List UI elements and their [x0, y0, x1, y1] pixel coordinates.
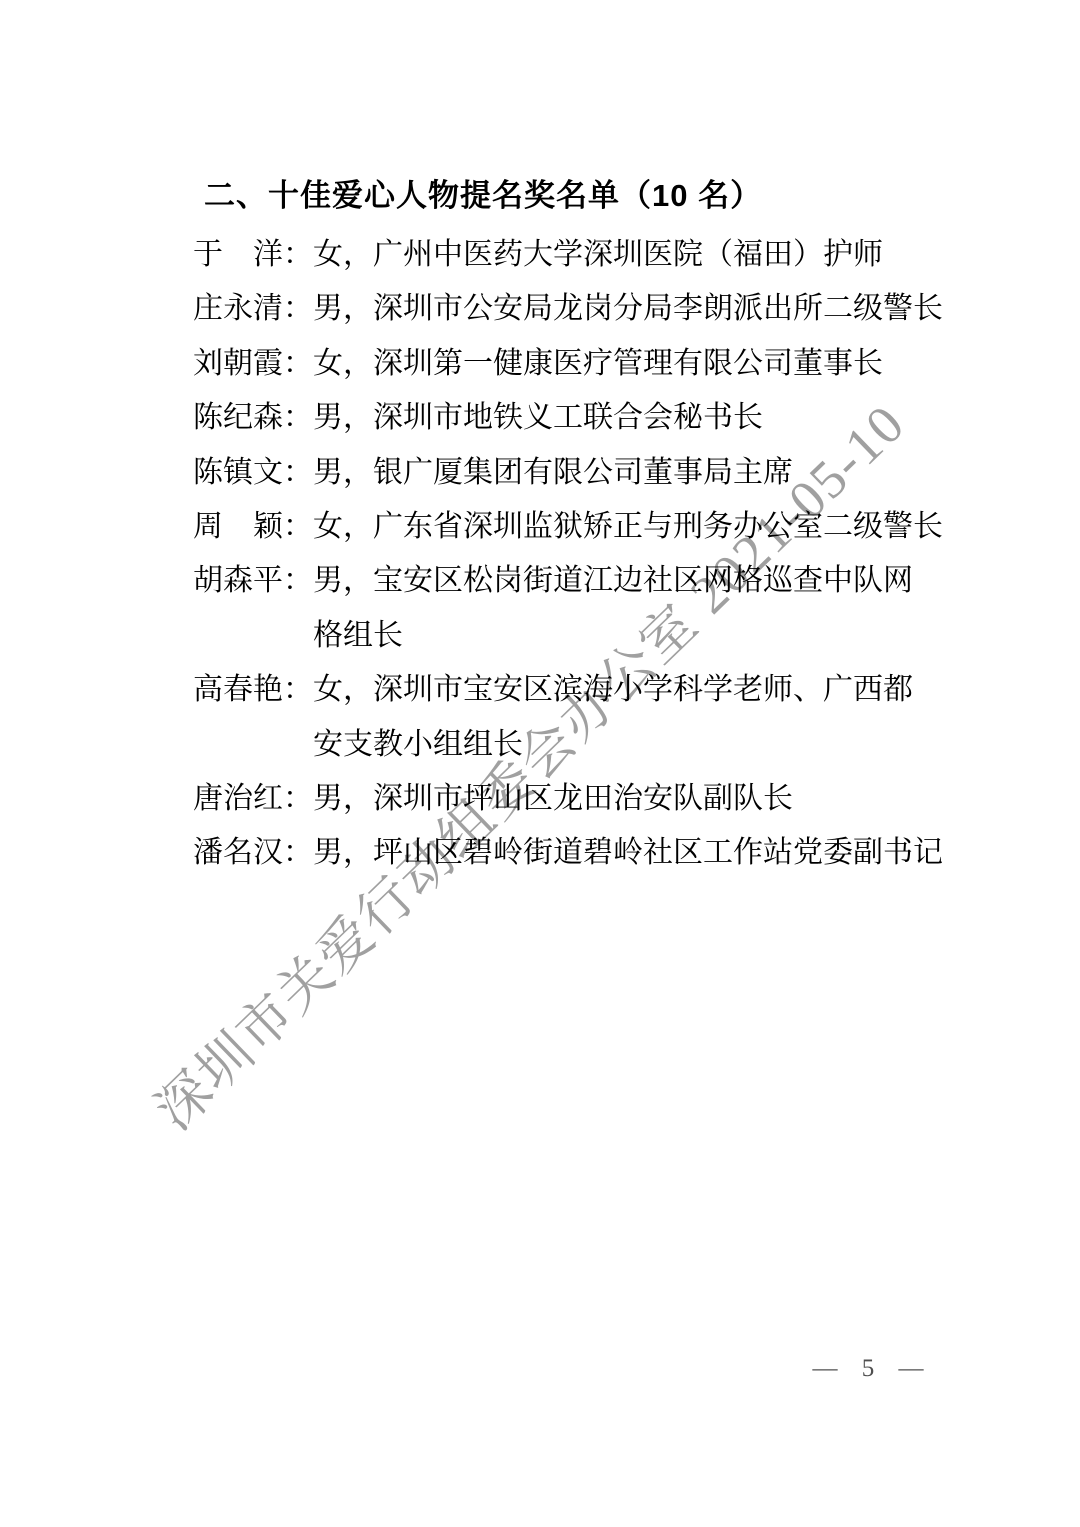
colon-separator: ：: [283, 337, 313, 391]
colon-separator: ：: [283, 500, 313, 554]
list-item: 刘朝霞：女，深圳第一健康医疗管理有限公司董事长: [193, 337, 955, 391]
nominee-name: 潘名汉: [193, 826, 283, 880]
nominee-name: 周 颖: [193, 500, 283, 554]
nominee-list: 于 洋：女，广州中医药大学深圳医院（福田）护师 庄永清：男，深圳市公安局龙岗分局…: [193, 228, 955, 881]
nominee-description: 男，深圳市公安局龙岗分局李朗派出所二级警长: [313, 282, 955, 336]
nominee-name: 陈纪森: [193, 391, 283, 445]
colon-separator: ：: [283, 663, 313, 717]
nominee-name: 刘朝霞: [193, 337, 283, 391]
colon-separator: ：: [283, 391, 313, 445]
colon-separator: ：: [283, 228, 313, 282]
list-item: 陈纪森：男，深圳市地铁义工联合会秘书长: [193, 391, 955, 445]
list-item: 于 洋：女，广州中医药大学深圳医院（福田）护师: [193, 228, 955, 282]
list-item: 唐治红：男，深圳市坪山区龙田治安队副队长: [193, 772, 955, 826]
list-item: 潘名汉：男，坪山区碧岭街道碧岭社区工作站党委副书记: [193, 826, 955, 880]
section-title: 二、十佳爱心人物提名奖名单（10 名）: [204, 176, 762, 216]
nominee-description: 男，宝安区松岗街道江边社区网格巡查中队网 格组长: [313, 554, 955, 663]
page-number: — 5 —: [790, 1352, 950, 1386]
nominee-name: 于 洋: [193, 228, 283, 282]
nominee-description: 男，银广厦集团有限公司董事局主席: [313, 446, 955, 500]
list-item: 高春艳：女，深圳市宝安区滨海小学科学老师、广西都 安支教小组组长: [193, 663, 955, 772]
colon-separator: ：: [283, 554, 313, 608]
nominee-name: 高春艳: [193, 663, 283, 717]
nominee-name: 陈镇文: [193, 446, 283, 500]
nominee-description: 男，坪山区碧岭街道碧岭社区工作站党委副书记: [313, 826, 955, 880]
nominee-description: 女，广州中医药大学深圳医院（福田）护师: [313, 228, 955, 282]
list-item: 胡森平：男，宝安区松岗街道江边社区网格巡查中队网 格组长: [193, 554, 955, 663]
nominee-description: 男，深圳市坪山区龙田治安队副队长: [313, 772, 955, 826]
nominee-name: 胡森平: [193, 554, 283, 608]
colon-separator: ：: [283, 282, 313, 336]
list-item: 陈镇文：男，银广厦集团有限公司董事局主席: [193, 446, 955, 500]
nominee-name: 庄永清: [193, 282, 283, 336]
nominee-description: 男，深圳市地铁义工联合会秘书长: [313, 391, 955, 445]
colon-separator: ：: [283, 446, 313, 500]
nominee-description: 女，深圳第一健康医疗管理有限公司董事长: [313, 337, 955, 391]
nominee-name: 唐治红: [193, 772, 283, 826]
list-item: 周 颖：女，广东省深圳监狱矫正与刑务办公室二级警长: [193, 500, 955, 554]
document-page: 深圳市关爱行动组委会办公室 2021-05-10 二、十佳爱心人物提名奖名单（1…: [0, 0, 1080, 1527]
nominee-description: 女，广东省深圳监狱矫正与刑务办公室二级警长: [313, 500, 955, 554]
nominee-description: 女，深圳市宝安区滨海小学科学老师、广西都 安支教小组组长: [313, 663, 955, 772]
colon-separator: ：: [283, 826, 313, 880]
colon-separator: ：: [283, 772, 313, 826]
list-item: 庄永清：男，深圳市公安局龙岗分局李朗派出所二级警长: [193, 282, 955, 336]
